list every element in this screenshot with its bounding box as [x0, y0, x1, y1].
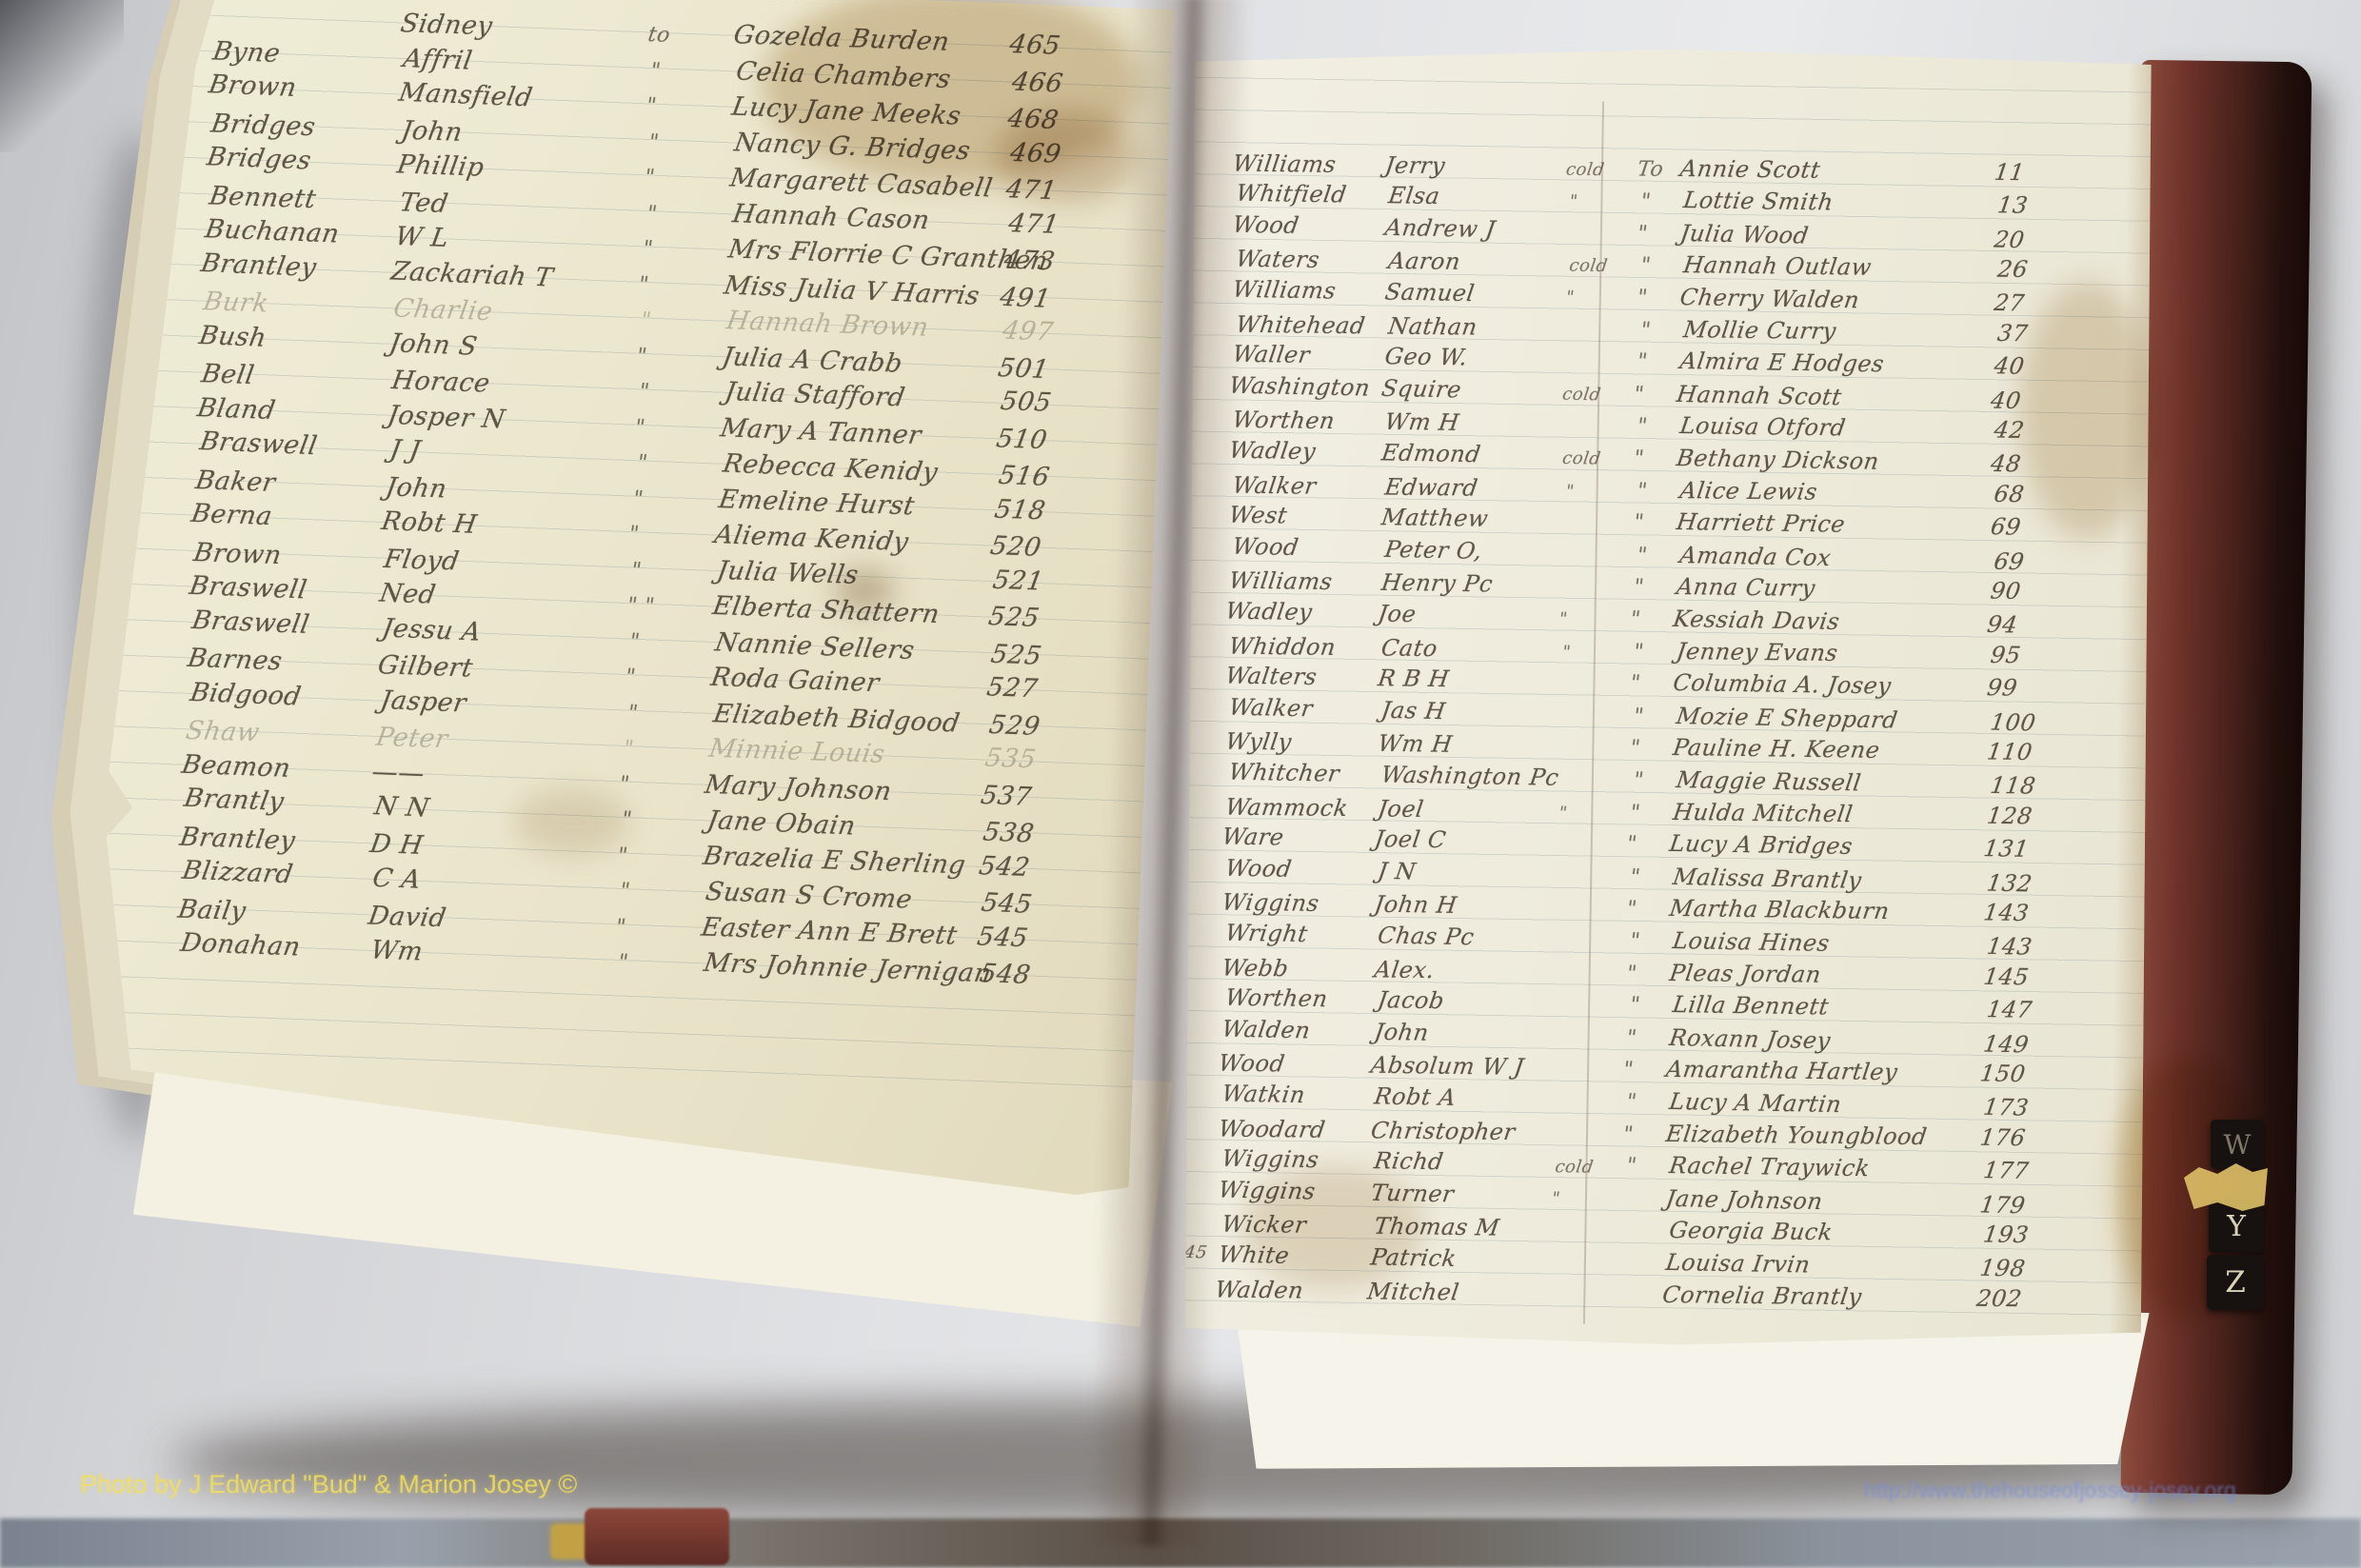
- groom-surname: Brantly: [182, 785, 377, 821]
- color-annotation: cold: [1561, 386, 1636, 405]
- groom-given-name: Nathan: [1387, 314, 1571, 340]
- record-page-number: 542: [977, 853, 1123, 885]
- record-page-number: 99: [1986, 677, 2137, 704]
- record-page-number: 177: [1982, 1159, 2133, 1185]
- record-page-number: 145: [1982, 964, 2133, 990]
- record-page-number: 545: [975, 923, 1121, 955]
- ditto-mark: ": [645, 95, 734, 121]
- ditto-mark: ": [639, 309, 728, 334]
- ditto-mark: ": [1632, 576, 1677, 599]
- groom-surname: Wood: [1224, 856, 1380, 883]
- groom-given-name: Christopher: [1369, 1119, 1553, 1144]
- record-page-number: 193: [1982, 1222, 2133, 1248]
- ditto-mark: ": [1636, 287, 1681, 309]
- bride-name: Alice Lewis: [1678, 479, 1995, 506]
- groom-surname: Braswell: [189, 607, 385, 643]
- color-annotation: ": [1564, 289, 1638, 308]
- ditto-mark: ": [618, 881, 707, 906]
- groom-given-name: Peter O,: [1383, 537, 1568, 565]
- record-page-number: 150: [1978, 1062, 2130, 1087]
- record-page-number: 525: [986, 604, 1133, 636]
- record-page-number: 147: [1985, 999, 2136, 1025]
- ditto-mark: ": [1636, 351, 1681, 374]
- groom-surname: Berna: [189, 501, 384, 535]
- ditto-mark: ": [645, 203, 735, 228]
- color-annotation: ": [1551, 1190, 1625, 1209]
- record-page-number: 95: [1989, 643, 2140, 668]
- ditto-mark: ": [635, 346, 724, 371]
- record-page-number: 505: [999, 388, 1145, 420]
- ditto-mark: ": [1636, 222, 1681, 245]
- ditto-mark: ": [1625, 1026, 1671, 1049]
- ditto-mark: To: [1636, 158, 1681, 181]
- color-annotation: ": [1568, 193, 1642, 212]
- record-page-number: 176: [1978, 1125, 2130, 1151]
- groom-given-name: Alex.: [1373, 958, 1557, 983]
- ditto-mark: ": [1629, 608, 1675, 631]
- ditto-mark: ": [647, 131, 737, 156]
- ditto-mark: ": [1629, 673, 1675, 696]
- record-page-number: 537: [979, 783, 1125, 815]
- ledger-right-page: WilliamsJerrycoldToAnnie Scott11Whitfiel…: [1175, 42, 2160, 1361]
- ditto-mark: ": [1632, 705, 1677, 727]
- right-page-entries: WilliamsJerrycoldToAnnie Scott11Whitfiel…: [1218, 142, 2146, 1315]
- record-page-number: 518: [993, 496, 1140, 528]
- record-page-number: 202: [1975, 1286, 2127, 1312]
- ditto-mark: ": [1625, 834, 1671, 857]
- ditto-mark: ": [1633, 383, 1678, 406]
- record-page-number: 40: [1993, 355, 2144, 382]
- groom-given-name: Robt A: [1373, 1084, 1557, 1112]
- ditto-mark: ": [1622, 1059, 1668, 1082]
- bride-name: Pleas Jordan: [1668, 962, 1985, 989]
- groom-given-name: Chas Pc: [1376, 923, 1560, 951]
- groom-surname: Braswell: [198, 428, 393, 464]
- ditto-mark: ": [1629, 737, 1675, 760]
- record-page-number: 471: [1006, 210, 1153, 242]
- groom-surname: Wood: [1231, 534, 1387, 561]
- ditto-mark: ": [1625, 1091, 1671, 1114]
- ditto-mark: ": [1629, 995, 1675, 1018]
- color-annotation: cold: [1554, 1159, 1628, 1178]
- record-page-number: 37: [1996, 322, 2148, 347]
- ditto-mark: ": [620, 809, 709, 835]
- table-edge: [0, 1518, 2361, 1568]
- groom-surname: Bush: [197, 323, 391, 357]
- ditto-mark: to: [646, 24, 736, 49]
- groom-surname: Walden: [1220, 1017, 1377, 1043]
- ditto-mark: ": [1639, 255, 1685, 278]
- groom-surname: Washington: [1228, 373, 1384, 400]
- ditto-mark: ": [616, 952, 705, 977]
- groom-given-name: Jas H: [1379, 698, 1564, 725]
- ditto-mark: ": [622, 738, 711, 763]
- margin-number: 45: [1183, 1244, 1209, 1262]
- groom-given-name: Squire: [1380, 376, 1565, 404]
- record-page-number: 527: [984, 675, 1131, 707]
- groom-given-name: Joe: [1377, 602, 1561, 629]
- ditto-mark: ": [1639, 190, 1685, 213]
- record-page-number: 131: [1982, 837, 2133, 863]
- record-page-number: 42: [1993, 419, 2144, 445]
- ditto-mark: ": [636, 452, 725, 478]
- ditto-mark: " ": [625, 595, 715, 620]
- ditto-mark: ": [1633, 512, 1678, 535]
- photographer-watermark: Photo by J Edward "Bud" & Marion Josey ©: [80, 1470, 577, 1499]
- ditto-mark: ": [638, 381, 727, 406]
- record-page-number: 128: [1986, 804, 2137, 829]
- ditto-mark: ": [1629, 802, 1675, 824]
- groom-surname: Whitcher: [1227, 760, 1383, 786]
- record-page-number: 68: [1993, 482, 2144, 507]
- groom-surname: Blizzard: [180, 858, 374, 892]
- book-cover-bottom-edge: [585, 1508, 729, 1565]
- bride-name: Elizabeth Youngblood: [1664, 1121, 1981, 1149]
- record-page-number: 13: [1996, 194, 2148, 221]
- groom-surname: Walden: [1214, 1278, 1369, 1303]
- record-page-number: 469: [1008, 140, 1155, 172]
- ditto-mark: ": [1625, 1156, 1671, 1179]
- record-page-number: 535: [983, 745, 1130, 777]
- groom-surname: Wadley: [1224, 599, 1380, 625]
- groom-surname: Bidgood: [188, 680, 383, 714]
- bride-name: Annie Scott: [1678, 157, 1995, 185]
- ditto-mark: ": [1639, 319, 1685, 342]
- ditto-mark: ": [1636, 416, 1681, 439]
- groom-surname: White: [1217, 1242, 1373, 1269]
- corner-shadow: [0, 0, 124, 152]
- ditto-mark: ": [1632, 769, 1677, 792]
- groom-surname: Wood: [1231, 212, 1387, 239]
- bride-name: Cornelia Brantly: [1661, 1282, 1978, 1310]
- groom-given-name: Samuel: [1383, 280, 1568, 308]
- ditto-mark: ": [1629, 930, 1675, 953]
- groom-surname: Bridges: [205, 144, 399, 178]
- ditto-mark: ": [624, 666, 713, 691]
- groom-given-name: Joel: [1377, 797, 1560, 823]
- ditto-mark: ": [629, 560, 719, 585]
- color-annotation: cold: [1565, 162, 1639, 181]
- ditto-mark: ": [1629, 865, 1675, 888]
- record-page-number: 90: [1989, 580, 2140, 605]
- groom-given-name: Edward: [1383, 475, 1567, 501]
- record-page-number: 510: [994, 426, 1141, 458]
- record-page-number: 11: [1993, 160, 2144, 186]
- ditto-mark: ": [1625, 963, 1671, 985]
- bride-name: Mollie Curry: [1682, 318, 1999, 346]
- record-page-number: 521: [991, 566, 1138, 598]
- color-annotation: cold: [1568, 258, 1642, 277]
- bride-name: Hulda Mitchell: [1672, 801, 1989, 828]
- color-annotation: cold: [1561, 450, 1636, 469]
- ditto-mark: ": [1636, 544, 1681, 566]
- ditto-mark: ": [627, 524, 717, 549]
- thumb-tab-w: W: [2211, 1120, 2264, 1169]
- ditto-mark: ": [1633, 447, 1678, 470]
- ditto-mark: ": [641, 238, 730, 263]
- bride-name: Jenney Evans: [1675, 640, 1992, 667]
- groom-surname: Brown: [207, 71, 402, 107]
- groom-surname: Wiggins: [1217, 1178, 1373, 1204]
- groom-given-name: Mitchel: [1366, 1280, 1550, 1305]
- groom-surname: Wright: [1224, 921, 1380, 947]
- record-page-number: 110: [1986, 740, 2137, 765]
- website-watermark: http://www.thehouseofjossey-josey.org: [1864, 1478, 2236, 1503]
- ditto-mark: ": [631, 488, 721, 513]
- record-page-number: 466: [1010, 69, 1157, 101]
- color-annotation: ": [1564, 484, 1638, 503]
- table-surface: SidneytoGozelda Burden465ByneAffril"Celi…: [0, 0, 2361, 1568]
- left-page-entries: SidneytoGozelda Burden465ByneAffril"Celi…: [177, 0, 1156, 993]
- color-annotation: ": [1557, 804, 1632, 824]
- groom-surname: Williams: [1231, 277, 1387, 304]
- groom-given-name: Edmond: [1379, 441, 1564, 468]
- groom-given-name: Jerry: [1383, 153, 1567, 179]
- ditto-mark: ": [1625, 898, 1671, 921]
- ditto-mark: ": [616, 844, 705, 869]
- groom-given-name: Andrew J: [1383, 215, 1568, 243]
- ditto-mark: ": [643, 167, 732, 192]
- color-annotation: ": [1557, 611, 1632, 630]
- groom-surname: Brantley: [199, 250, 394, 286]
- groom-given-name: Cato: [1379, 636, 1563, 662]
- record-page-number: 26: [1996, 258, 2148, 284]
- record-page-number: 473: [1002, 248, 1149, 280]
- record-page-number: 143: [1982, 901, 2133, 926]
- groom-surname: Walker: [1227, 695, 1383, 722]
- groom-surname: Wadley: [1227, 438, 1383, 465]
- record-page-number: 497: [1001, 318, 1147, 350]
- groom-given-name: Patrick: [1369, 1245, 1554, 1273]
- record-page-number: 548: [978, 961, 1124, 993]
- groom-given-name: John: [1373, 1020, 1557, 1047]
- record-page-number: 465: [1007, 31, 1154, 63]
- ditto-mark: ": [614, 916, 704, 941]
- thumb-tab-z: Z: [2207, 1255, 2264, 1310]
- ditto-mark: ": [1636, 480, 1681, 503]
- ditto-mark: ": [626, 702, 716, 727]
- ditto-mark: ": [1632, 641, 1677, 664]
- groom-given-name: Turner: [1369, 1181, 1554, 1208]
- groom-given-name: J N: [1377, 859, 1561, 886]
- record-page-number: 69: [1989, 516, 2140, 543]
- color-annotation: ": [1561, 645, 1636, 664]
- ledger-left-page: SidneytoGozelda Burden465ByneAffril"Celi…: [86, 0, 1174, 1197]
- groom-given-name: Washington Pc: [1379, 763, 1564, 790]
- groom-surname: Watkin: [1220, 1082, 1377, 1108]
- ditto-mark: ": [1622, 1123, 1668, 1146]
